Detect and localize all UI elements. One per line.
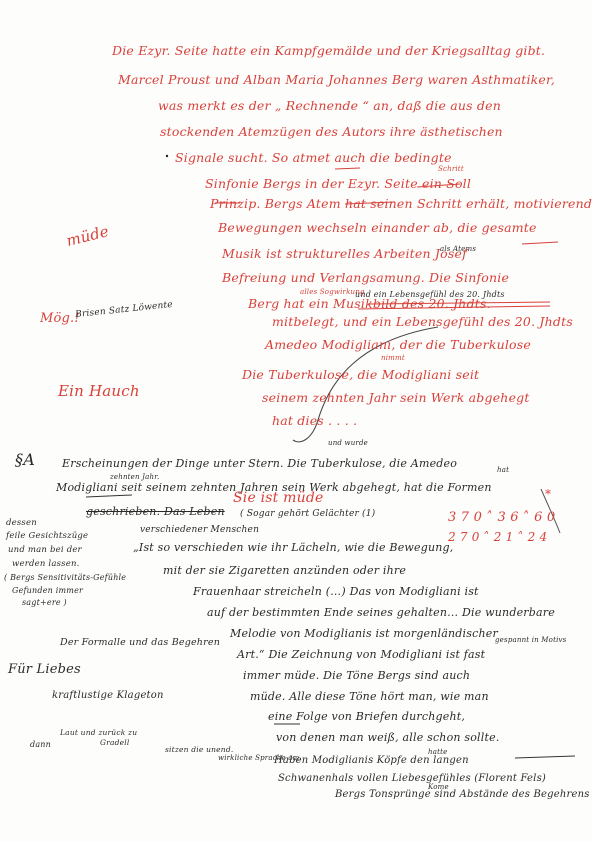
black-line-5: „Ist so verschieden wie ihr Lächeln, wie… xyxy=(133,541,454,554)
section-symbol: §A xyxy=(15,450,35,469)
black-line-4: verschiedener Menschen xyxy=(140,525,259,535)
black-line-13: eine Folge von Briefen durchgeht, xyxy=(268,710,465,723)
black-line-7: Frauenhaar streicheln (…) Das von Modigl… xyxy=(193,585,479,598)
black-line-3: geschrieben. Das Leben xyxy=(86,505,225,518)
black-line-14: von denen man weiß, alle schon sollte. xyxy=(276,731,500,744)
red-line-1: Die Ezyr. Seite hatte ein Kampfgemälde u… xyxy=(112,43,545,58)
red-insert-schritt: Schritt xyxy=(438,165,464,173)
margin-note-line-5: ( Bergs Sensitivitäts-Gefühle xyxy=(4,573,126,582)
red-asterisk: * xyxy=(545,487,551,501)
margin-word-ein-hauch: Ein Hauch xyxy=(58,382,140,400)
red-insert-sie-ist-muede: Sie ist müde xyxy=(233,490,323,506)
red-line-14: Die Tuberkulose, die Modigliani seit xyxy=(242,367,479,382)
red-line-6: Sinfonie Bergs in der Ezyr. Seite ein So… xyxy=(205,176,471,191)
black-insert-gespannt: gespannt in Motivs xyxy=(495,636,566,644)
margin-note-wirkliche: wirkliche Sprache am, xyxy=(218,754,302,762)
red-insert-nimmt: nimmt xyxy=(381,354,405,362)
margin-note-laut: Laut und zurück zu xyxy=(60,728,137,737)
red-numbers-row-1: 3 7 0 ˄ 3 6 ˄ 6 0 xyxy=(448,510,555,525)
margin-note-line-6: Gefunden immer xyxy=(12,586,83,595)
red-line-7: Prinzip. Bergs Atem hat seinen Schritt e… xyxy=(210,196,592,211)
margin-note-brisen-satz: Brisen Satz Löwente xyxy=(75,300,174,320)
black-line-6: mit der sie Zigaretten anzünden oder ihr… xyxy=(163,564,406,577)
red-line-8: Bewegungen wechseln einander ab, die ges… xyxy=(218,220,537,235)
red-line-10: Befreiung und Verlangsamung. Die Sinfoni… xyxy=(222,270,509,285)
red-line-12: mitbelegt, und ein Lebensgefühl des 20. … xyxy=(272,314,573,329)
black-line-8: auf der bestimmten Ende seines gehalten…… xyxy=(207,606,555,619)
red-line-3: was merkt es der „ Rechnende “ an, daß d… xyxy=(158,98,501,113)
margin-word-moeg: Mög.! xyxy=(40,311,80,326)
black-insert-und-wurde: und wurde xyxy=(328,439,368,447)
black-line-17: Bergs Tonsprünge sind Abstände des Begeh… xyxy=(335,789,590,800)
red-line-13: Amedeo Modigliani, der die Tuberkulose xyxy=(265,337,531,352)
red-line-5: Signale sucht. So atmet auch die bedingt… xyxy=(175,150,452,165)
red-numbers-row-2: 2 7 0 ˄ 2 1 ˄ 2 4 xyxy=(448,530,547,544)
margin-note-kraft: kraftlustige Klageton xyxy=(52,690,164,701)
margin-note-dann: dann xyxy=(30,740,51,749)
margin-note-line-2: feile Gesichtszüge xyxy=(6,531,88,541)
margin-note-line-7: sagt+ere ) xyxy=(22,598,67,607)
black-line-12: müde. Alle diese Töne hört man, wie man xyxy=(250,690,489,703)
manuscript-page: Die Ezyr. Seite hatte ein Kampfgemälde u… xyxy=(0,0,592,842)
red-line-4: stockenden Atemzügen des Autors ihre äst… xyxy=(160,124,503,139)
margin-note-line-3: und man bei der xyxy=(8,545,82,555)
black-line-11: immer müde. Die Töne Bergs sind auch xyxy=(243,669,470,682)
red-line-16: hat dies . . . . xyxy=(272,413,357,428)
black-line-10: Art.“ Die Zeichnung von Modigliani ist f… xyxy=(237,648,485,661)
margin-note-der-formalle: Der Formalle und das Begehren xyxy=(60,637,220,648)
margin-note-fuer-liebes: Für Liebes xyxy=(8,662,81,677)
black-insert-hat: hat xyxy=(497,466,509,474)
black-insert-lebensgefuehl: und ein Lebensgefühl des 20. Jhdts xyxy=(355,290,505,299)
red-line-2: Marcel Proust und Alban Maria Johannes B… xyxy=(118,72,555,87)
red-line-15: seinem zehnten Jahr sein Werk abgehegt xyxy=(262,390,530,405)
margin-word-muede: müde xyxy=(64,222,110,250)
black-line-15: Haben Modiglianis Köpfe den langen xyxy=(274,755,469,766)
margin-note-sitzen: sitzen die unend. xyxy=(165,745,233,754)
black-insert-gelaechter: ( Sogar gehört Gelächter (1) xyxy=(240,509,375,519)
margin-note-gradell: Gradell xyxy=(100,738,130,747)
black-line-9: Melodie von Modiglianis ist morgenländis… xyxy=(230,627,498,640)
black-line-1: Erscheinungen der Dinge unter Stern. Die… xyxy=(62,457,457,470)
red-line-9: Musik ist strukturelles Arbeiten Josef xyxy=(222,246,467,261)
black-insert-zehnten-jahr: zehnten Jahr. xyxy=(110,473,159,481)
margin-note-line-1: dessen xyxy=(6,518,37,528)
margin-note-line-4: werden lassen. xyxy=(12,559,80,569)
black-line-16: Schwanenhals vollen Liebesgefühles (Flor… xyxy=(278,773,546,784)
